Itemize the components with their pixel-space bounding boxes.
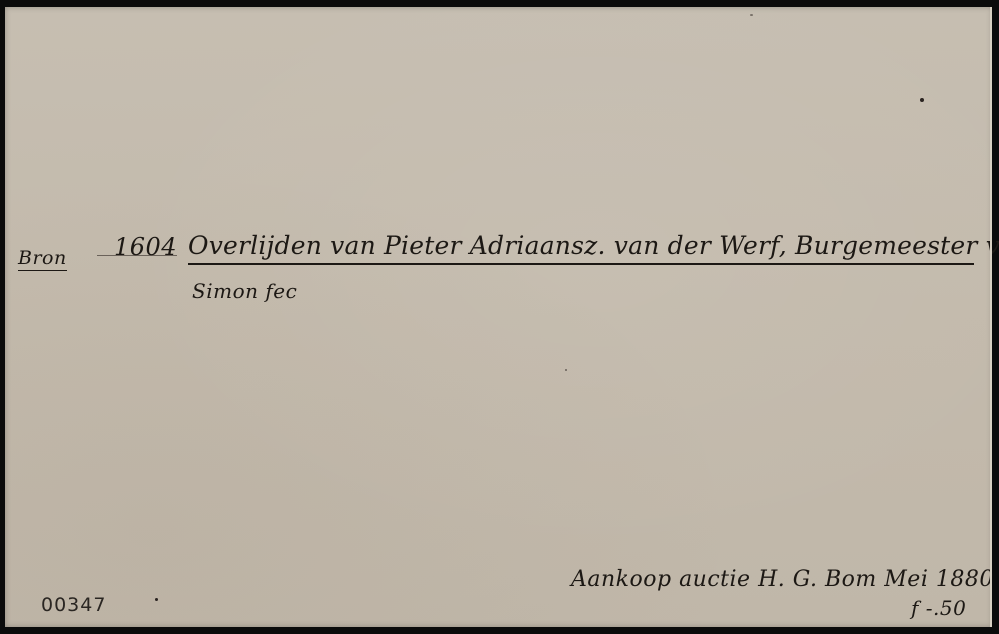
author: Simon fec	[192, 279, 297, 303]
price: f -.50	[911, 596, 966, 620]
paper-speck	[565, 369, 567, 371]
paper-speck	[750, 14, 753, 16]
paper-speck	[920, 98, 924, 102]
inventory-number: 00347	[41, 594, 106, 616]
card-title: Overlijden van Pieter Adriaansz. van der…	[188, 231, 999, 260]
scan-frame: Bron 1604 Overlijden van Pieter Adriaans…	[0, 0, 999, 634]
title-underline	[188, 263, 974, 265]
index-card: Bron 1604 Overlijden van Pieter Adriaans…	[5, 7, 992, 627]
year: 1604	[114, 233, 177, 261]
paper-speck	[155, 598, 158, 601]
source-label: Bron	[18, 247, 67, 271]
acquisition-note: Aankoop auctie H. G. Bom Mei 1880	[571, 567, 994, 592]
